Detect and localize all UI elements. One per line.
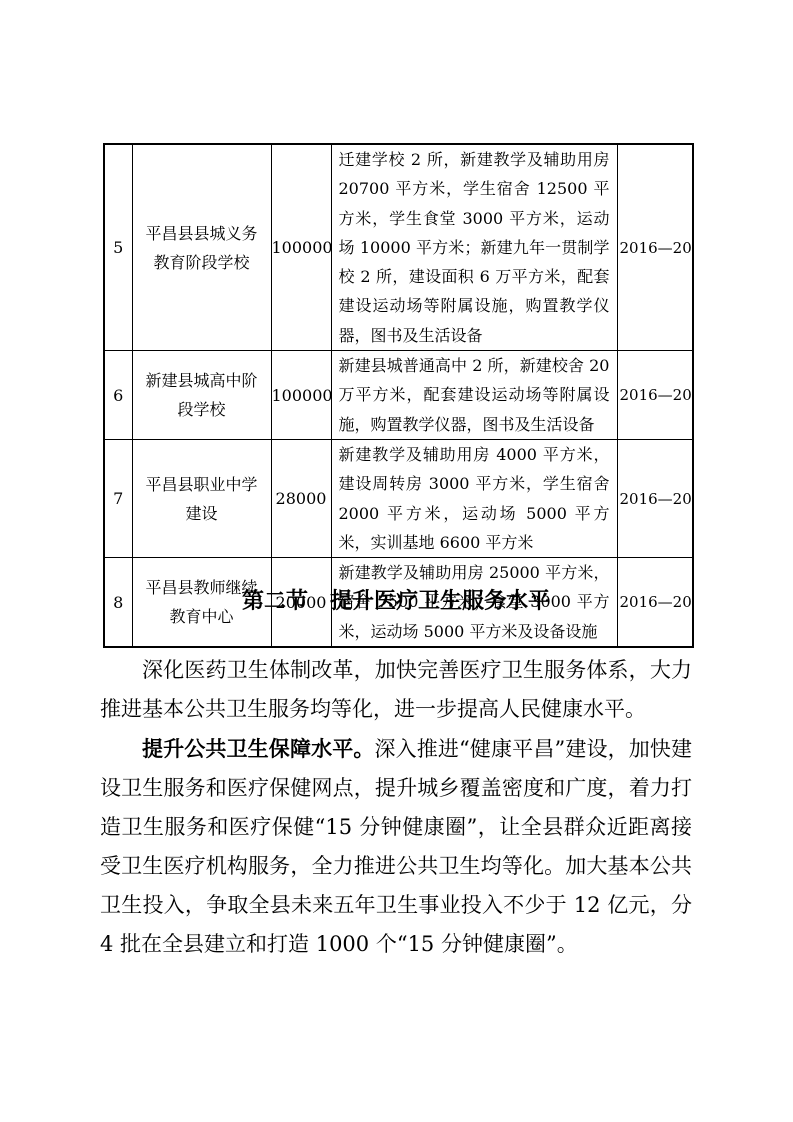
description-cell: 迁建学校 2 所，新建教学及辅助用房 20700 平方米，学生宿舍 12500 … (331, 144, 617, 351)
project-name-cell: 平昌县职业中学建设 (132, 439, 271, 557)
amount-cell: 100000 (271, 144, 331, 351)
row-index-cell: 6 (104, 351, 132, 440)
project-name-cell: 平昌县县城义务教育阶段学校 (132, 144, 271, 351)
amount-cell: 28000 (271, 439, 331, 557)
paragraph: 深化医药卫生体制改革，加快完善医疗卫生服务体系，大力推进基本公共卫生服务均等化，… (100, 651, 692, 729)
document-page: 5 平昌县县城义务教育阶段学校 100000 迁建学校 2 所，新建教学及辅助用… (0, 0, 793, 1122)
paragraph: 提升公共卫生保障水平。深入推进“健康平昌”建设，加快建设卫生服务和医疗保健网点，… (100, 729, 692, 964)
body-text: 深化医药卫生体制改革，加快完善医疗卫生服务体系，大力推进基本公共卫生服务均等化，… (100, 651, 692, 964)
years-cell: 2016—2020 (617, 439, 693, 557)
years-cell: 2016—2020 (617, 144, 693, 351)
table-row: 6 新建县城高中阶段学校 100000 新建县城普通高中 2 所，新建校舍 20… (104, 351, 693, 440)
row-index-cell: 7 (104, 439, 132, 557)
years-cell: 2016—2020 (617, 351, 693, 440)
amount-cell: 100000 (271, 351, 331, 440)
paragraph-body: 深入推进“健康平昌”建设，加快建设卫生服务和医疗保健网点，提升城乡覆盖密度和广度… (100, 737, 692, 956)
section-heading: 第二节 提升医疗卫生服务水平 (100, 586, 692, 616)
table-row: 7 平昌县职业中学建设 28000 新建教学及辅助用房 4000 平方米，建设周… (104, 439, 693, 557)
description-cell: 新建县城普通高中 2 所，新建校舍 20 万平方米，配套建设运动场等附属设施，购… (331, 351, 617, 440)
projects-table: 5 平昌县县城义务教育阶段学校 100000 迁建学校 2 所，新建教学及辅助用… (103, 143, 694, 648)
paragraph-lead: 提升公共卫生保障水平。 (142, 736, 375, 761)
project-name-cell: 新建县城高中阶段学校 (132, 351, 271, 440)
table-row: 5 平昌县县城义务教育阶段学校 100000 迁建学校 2 所，新建教学及辅助用… (104, 144, 693, 351)
description-cell: 新建教学及辅助用房 4000 平方米，建设周转房 3000 平方米，学生宿舍 2… (331, 439, 617, 557)
row-index-cell: 5 (104, 144, 132, 351)
